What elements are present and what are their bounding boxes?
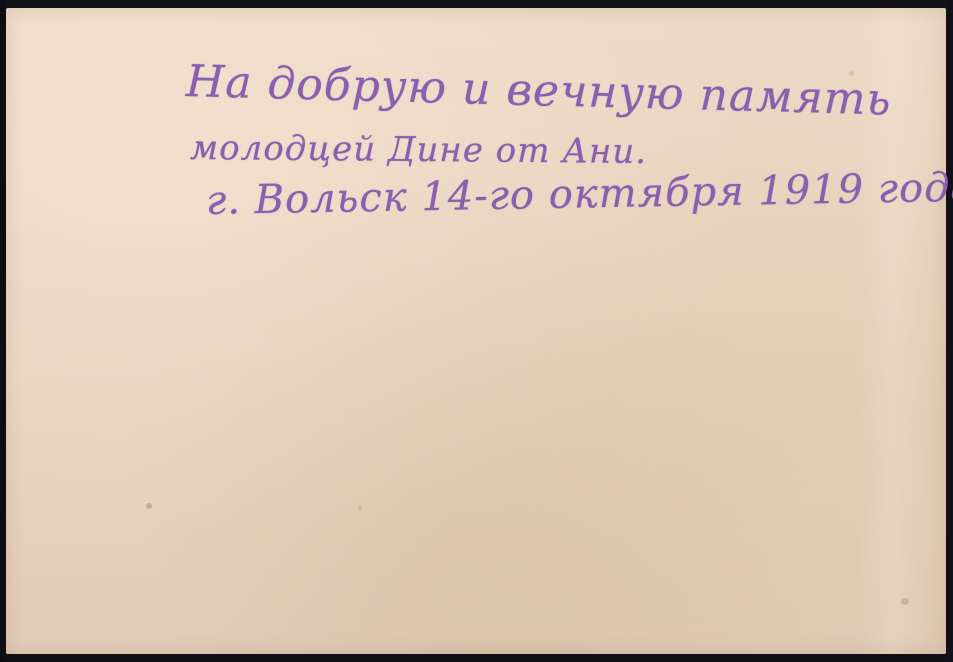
inscription-line-1: На добрую и вечную память [185,56,892,125]
photo-back-scan: На добрую и вечную память молодцей Дине … [0,0,953,662]
inscription-line-3: г. Вольск 14-го октября 1919 года [206,165,953,224]
handwritten-inscription: На добрую и вечную память молодцей Дине … [0,0,953,662]
inscription-line-2: молодцей Дине от Ани. [190,128,647,172]
